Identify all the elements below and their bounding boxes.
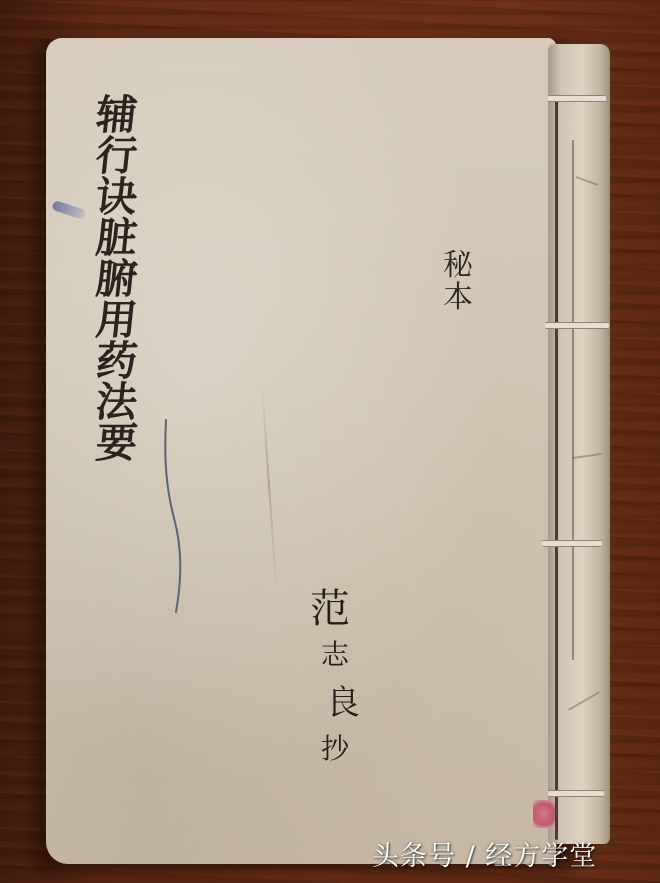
- spine-fold-line: [555, 100, 558, 840]
- title-char: 行: [93, 136, 138, 177]
- label-char: 本: [443, 282, 473, 314]
- pencil-line-mark: [160, 418, 190, 614]
- binding-stitch: [542, 540, 602, 547]
- title-char: 腑: [93, 259, 138, 300]
- secret-copy-label: 秘 本: [428, 250, 488, 314]
- signature-char: 抄: [321, 729, 349, 769]
- signature-char: 良: [326, 677, 360, 729]
- binding-stitch: [548, 95, 606, 102]
- title-char: 辅: [93, 95, 138, 136]
- title-char: 要: [93, 423, 138, 464]
- binding-stitch: [545, 322, 609, 329]
- copyist-signature: 范 志 良 抄: [300, 585, 370, 769]
- signature-char: 范: [310, 585, 350, 633]
- title-char: 脏: [93, 218, 138, 259]
- label-char: 秘: [443, 250, 473, 282]
- handwritten-book-title: 辅 行 诀 脏 腑 用 药 法 要: [76, 95, 156, 464]
- source-watermark: 头条号 / 经方学堂: [372, 834, 597, 873]
- binding-stitch: [548, 790, 604, 797]
- title-char: 法: [93, 382, 138, 423]
- signature-char: 志: [321, 633, 349, 677]
- spine-inner-line: [572, 140, 574, 660]
- title-char: 用: [93, 300, 138, 341]
- title-char: 诀: [93, 177, 138, 218]
- title-char: 药: [93, 341, 138, 382]
- red-seal-stamp: [533, 800, 555, 828]
